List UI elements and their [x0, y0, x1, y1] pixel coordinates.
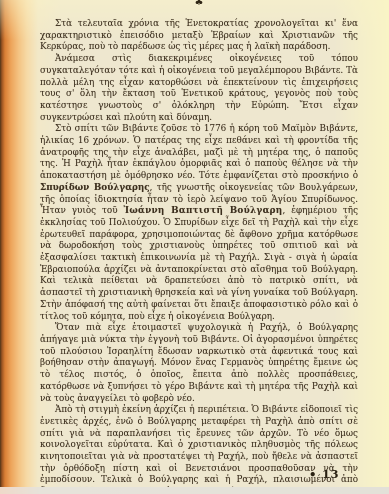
paragraph: Στὰ τελευταῖα χρόνια τῆς Ἑνετοκρατίας χρ…: [40, 19, 358, 54]
paragraph-text: , ἐφημέριου τῆς ἐκκλησίας τοῦ Πολιούχου.…: [40, 206, 358, 321]
bullet-icon: •: [309, 468, 317, 482]
paragraph: Ὅταν πιὰ εἶχε ἑτοιμαστεῖ ψυχολογικὰ ἡ Ρα…: [40, 323, 358, 405]
paragraph-text: Στὸ σπίτι τῶν Βιβάντε ζοῦσε τὸ 1776 ἡ κό…: [40, 124, 358, 181]
paragraph-text: Ἀνάμεσα στὶς διακεκριμένες οἰκογένειες τ…: [40, 54, 358, 123]
text-body: Στὰ τελευταῖα χρόνια τῆς Ἑνετοκρατίας χρ…: [40, 19, 358, 494]
scan-edge-strip: [0, 487, 389, 494]
paragraph-text: Στὰ τελευταῖα χρόνια τῆς Ἑνετοκρατίας χρ…: [40, 19, 358, 52]
paragraph-text: Ἰωάννη Βαπτιστῆ Βούλγαρη: [124, 206, 283, 216]
paragraph: Στὸ σπίτι τῶν Βιβάντε ζοῦσε τὸ 1776 ἡ κό…: [40, 124, 358, 323]
scanned-book-page: ♣ Στὰ τελευταῖα χρόνια τῆς Ἑνετοκρατίας …: [0, 0, 389, 494]
club-ornament-icon: ♣: [40, 0, 358, 9]
paragraph-text: Σπυρίδων Βούλγαρης: [40, 183, 150, 193]
paragraph-text: Ὅταν πιὰ εἶχε ἑτοιμαστεῖ ψυχολογικὰ ἡ Ρα…: [40, 323, 358, 403]
page-number: •13: [309, 467, 339, 481]
paragraph: Ἀνάμεσα στὶς διακεκριμένες οἰκογένειες τ…: [40, 54, 358, 124]
page-number-value: 13: [322, 467, 339, 481]
